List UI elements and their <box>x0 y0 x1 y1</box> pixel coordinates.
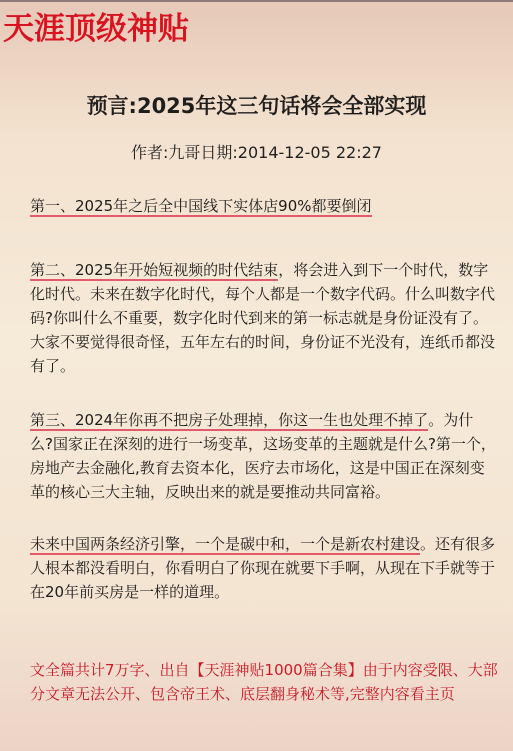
brand-title: 天涯顶级神贴 <box>3 3 189 48</box>
paragraph-text-line2: 在20年前买房是一样的道理。 <box>30 583 229 601</box>
highlighted-sentence: 第一、2025年之后全中国线下实体店90%都要倒闭 <box>30 197 372 217</box>
highlighted-sentence: 第三、2024年你再不把房子处理掉，你这一生也处理不掉了 <box>30 411 428 431</box>
paragraph-2: 第二、2025年开始短视频的时代结束，将会进入到下一个时代，数字化时代。未来在数… <box>30 258 496 378</box>
top-border <box>0 0 513 2</box>
paragraph-1: 第一、2025年之后全中国线下实体店90%都要倒闭 <box>30 194 496 218</box>
paragraph-4: 未来中国两条经济引擎，一个是碳中和，一个是新农村建设。还有很多人根本都没看明白，… <box>30 532 496 604</box>
article-title: 预言:2025年这三句话将会全部实现 <box>0 90 513 120</box>
footer-promo: 文全篇共计7万字、出自【天涯神贴1000篇合集】由于内容受限、大部分文章无法公开… <box>30 658 500 706</box>
highlighted-sentence: 第二、2025年开始短视频的时代结束 <box>30 261 278 281</box>
paragraph-3: 第三、2024年你再不把房子处理掉，你这一生也处理不掉了。为什么?国家正在深刻的… <box>30 408 496 504</box>
highlighted-sentence: 未来中国两条经济引擎，一个是碳中和，一个是新农村建设 <box>30 535 420 555</box>
article-meta: 作者:九哥日期:2014-12-05 22:27 <box>0 140 513 163</box>
